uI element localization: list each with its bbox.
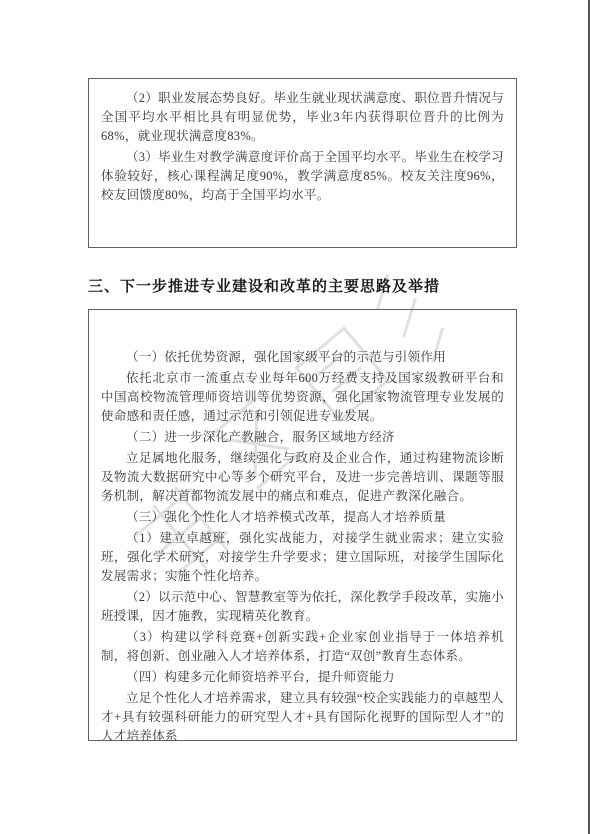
document-page: （2）职业发展态势良好。毕业生就业现状满意度、职位晋升情况与全国平均水平相比具有… — [0, 0, 590, 834]
plan-paragraph: （3）构建以学科竞赛+创新实践+企业家创业指导于一体培养机制，将创新、创业融入人… — [101, 628, 504, 666]
reform-plans-box: （一）依托优势资源，强化国家级平台的示范与引领作用依托北京市一流重点专业每年60… — [88, 309, 517, 741]
plan-paragraph: （二）进一步深化产教融合，服务区域地方经济 — [101, 428, 504, 447]
section-heading: 三、下一步推进专业建设和改革的主要思路及举措 — [88, 277, 517, 297]
plan-paragraph: （一）依托优势资源，强化国家级平台的示范与引领作用 — [101, 348, 504, 367]
plan-paragraph: 立足个性化人才培养需求，建立具有较强“校企实践能力的卓越型人才+具有较强科研能力… — [101, 689, 504, 741]
plan-paragraph: 依托北京市一流重点专业每年600万经费支持及国家级教研平台和中国高校物流管理师资… — [101, 369, 504, 426]
graduate-feedback-box: （2）职业发展态势良好。毕业生就业现状满意度、职位晋升情况与全国平均水平相比具有… — [88, 78, 517, 248]
feedback-paragraph: （3）毕业生对教学满意度评价高于全国平均水平。毕业生在校学习体验较好，核心课程满… — [101, 148, 504, 205]
plan-paragraph: （三）强化个性化人才培养模式改革，提高人才培养质量 — [101, 508, 504, 527]
plan-paragraph: 立足属地化服务，继续强化与政府及企业合作，通过构建物流诊断及物流大数据研究中心等… — [101, 449, 504, 506]
plan-paragraph: （1）建立卓越班，强化实战能力，对接学生就业需求；建立实验班，强化学术研究，对接… — [101, 529, 504, 586]
plan-paragraph: （2）以示范中心、智慧教室等为依托，深化教学手段改革，实施小班授课，因才施教，实… — [101, 588, 504, 626]
feedback-paragraph: （2）职业发展态势良好。毕业生就业现状满意度、职位晋升情况与全国平均水平相比具有… — [101, 89, 504, 146]
plan-paragraph: （四）构建多元化师资培养平台，提升师资能力 — [101, 668, 504, 687]
